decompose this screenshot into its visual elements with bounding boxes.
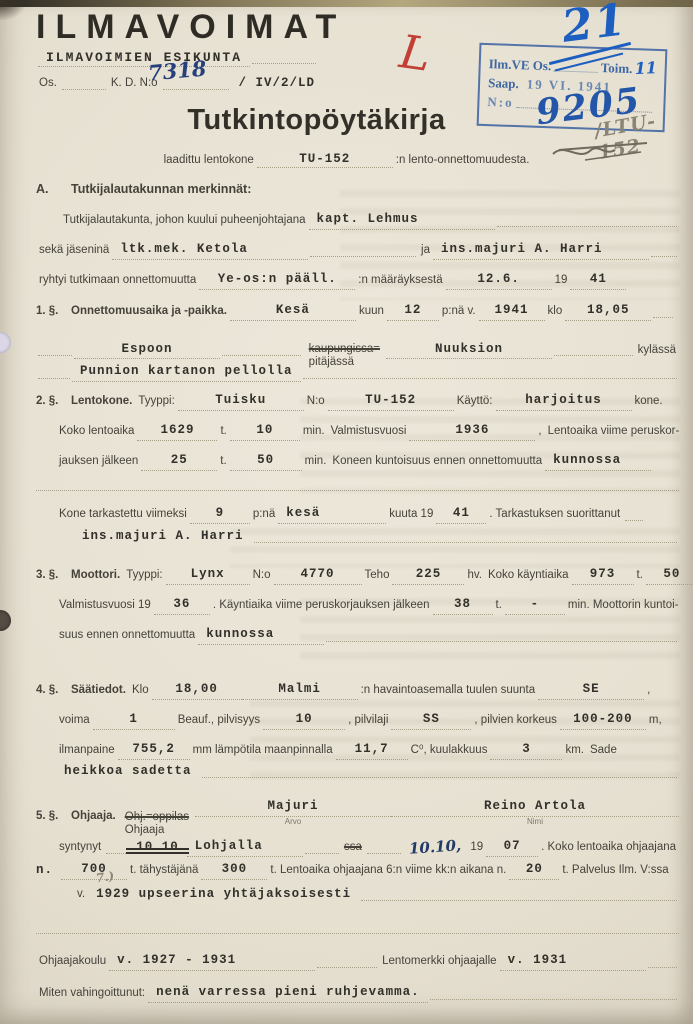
flight-mins-entry: 10: [230, 423, 300, 441]
dotted-line: [653, 315, 673, 318]
unit-name: ILMAVOIMIEN ESIKUNTA: [38, 50, 250, 67]
label: :n havaintoasemalla tuulen suunta: [361, 683, 536, 699]
section-a-heading: A. Tutkijalautakunnan merkinnät:: [36, 182, 679, 200]
school-label: Ohjaajakoulu: [39, 954, 106, 970]
aircraft-type-entry: Tuisku: [178, 393, 304, 411]
section-5-title: Ohjaaja.: [71, 809, 116, 825]
struck-city-word: kaupungissa=: [309, 343, 380, 356]
label: N:o: [253, 568, 271, 584]
accident-place-line: Espoon kaupungissa= pitäjässä Nuuksion k…: [36, 333, 679, 359]
aircraft-line-2: Koko lentoaika 1629 t. 10 min. Valmistus…: [56, 423, 679, 441]
name-sublabel: Nimi: [527, 818, 543, 826]
role-alternatives: Ohj.=oppilas Ohjaaja: [125, 811, 189, 837]
label: ,: [538, 424, 541, 440]
born-label: syntynyt: [59, 840, 101, 856]
dotted-line: [497, 224, 677, 227]
dotted-line: [554, 353, 633, 356]
overhaul-hours-entry: 25: [141, 453, 217, 471]
struck-birth-date: 10.10: [128, 840, 187, 857]
cloud-cover-entry: 10: [263, 712, 345, 730]
engine-no-entry: 4770: [274, 567, 362, 585]
place-entry: Punnion kartanon pellolla: [72, 364, 301, 382]
overhaul-mins-entry: 50: [230, 453, 302, 471]
dotted-line: [106, 851, 126, 854]
wind-dir-entry: SE: [538, 682, 644, 700]
dotted-line: [38, 353, 72, 356]
role-word: Ohjaaja: [125, 824, 165, 837]
pencil-signature: [545, 136, 655, 168]
birthplace-entry: Lohjalla: [187, 839, 303, 857]
label: N:o: [307, 394, 325, 410]
label: Teho: [365, 568, 390, 584]
section-number: 4. §.: [36, 683, 68, 699]
section-a-title: Tutkijalautakunnan merkinnät:: [71, 182, 251, 200]
label: jauksen jälkeen: [59, 454, 138, 470]
label: Beauf., pilvisyys: [178, 713, 260, 729]
station-entry: Malmi: [242, 682, 358, 700]
label: Koneen kuntoisuus ennen onnettomuutta: [332, 454, 542, 470]
chairman-entry: kapt. Lehmus: [309, 212, 495, 230]
bleedthrough-ghost: [300, 398, 680, 493]
section-number: 3. §.: [36, 568, 68, 584]
school-line: Ohjaajakoulu v. 1927 - 1931 Lentomerkki …: [36, 953, 679, 971]
accident-detail-line: Punnion kartanon pellolla: [36, 364, 679, 382]
observer-hours-entry: 300: [201, 862, 267, 880]
order-date-entry: 12.6.: [446, 272, 552, 290]
inspection-day-entry: 9: [190, 506, 250, 524]
punch-hole-bottom: [0, 610, 11, 631]
rank-entry: Majuri: [195, 799, 391, 817]
order-year-entry: 41: [570, 272, 626, 290]
aircraft-line-1: 2. §. Lentokone. Tyyppi: Tuisku N:o TU-1…: [36, 393, 679, 411]
dotted-line: [310, 254, 416, 257]
label: kone.: [635, 394, 663, 410]
visibility-entry: 3: [490, 742, 562, 760]
section-3-title: Moottori.: [71, 568, 120, 584]
corner-shadow: [0, 0, 26, 20]
label: suus ennen onnettomuutta: [59, 628, 195, 644]
pilot-hours-entry: 700: [61, 862, 127, 880]
os-label: Os.: [39, 76, 57, 92]
order-entry: Ye-os:n pääll.: [199, 272, 355, 290]
aircraft-use-entry: harjoitus: [496, 393, 632, 411]
dotted-line: [361, 898, 677, 901]
dotted-line: [222, 353, 301, 356]
engine-line-2: Valmistusvuosi 19 36 . Käyntiaika viime …: [56, 597, 679, 615]
inspection-month-entry: kesä: [278, 506, 386, 524]
label: Käyttö:: [457, 394, 493, 410]
section-4-title: Säätiedot.: [71, 683, 126, 699]
section-1-title: Onnettomuusaika ja -paikka.: [71, 304, 227, 320]
condition-entry: kunnossa: [545, 453, 651, 471]
approx-label: n.: [36, 863, 61, 880]
engine-year-entry: 36: [154, 597, 210, 615]
label: . Tarkastuksen suorittanut: [489, 507, 620, 523]
label: min.: [305, 454, 327, 470]
rain-entry: heikkoa sadetta: [56, 764, 200, 781]
subtitle-pre: laadittu lentokone: [164, 154, 254, 168]
badge-label: Lentomerkki ohjaajalle: [382, 954, 496, 970]
service-entry: 1929 upseerina yhtäjaksoisesti: [88, 887, 359, 904]
aircraft-line-3: jauksen jälkeen 25 t. 50 min. Koneen kun…: [56, 453, 679, 471]
year-prefix: 19: [555, 273, 568, 289]
temperature-entry: 11,7: [336, 742, 408, 760]
label: t. Palvelus Ilm. V:ssa: [562, 863, 668, 879]
scanned-document-page: ILMAVOIMAT ILMAVOIMIEN ESIKUNTA Os. K. D…: [0, 0, 693, 1024]
label: Sade: [590, 743, 617, 759]
rank-field: Majuri Arvo: [195, 799, 391, 826]
injury-label: Miten vahingoittunut:: [39, 986, 145, 1002]
label: p:nä: [253, 507, 275, 523]
dotted-line: [163, 87, 229, 90]
kdn-suffix: / IV/2/LD: [231, 76, 324, 93]
inspection-year-entry: 41: [436, 506, 486, 524]
aircraft-no-entry: TU-152: [328, 393, 454, 411]
label: mm lämpötila maanpinnalla: [193, 743, 333, 759]
pilot-name-entry: Reino Artola: [391, 799, 679, 817]
label: hv.: [467, 568, 482, 584]
cloud-height-entry: 100-200: [560, 712, 646, 730]
label: klo: [548, 304, 563, 320]
obs-time-entry: 18,00: [152, 682, 242, 700]
handwritten-diary-number: 7318: [147, 56, 207, 86]
inspector-entry: ins.majuri A. Harri: [74, 529, 252, 546]
precipitation-line: heikkoa sadetta: [56, 764, 679, 781]
dotted-line: [430, 997, 677, 1000]
parish-entry: Nuuksion: [386, 342, 552, 360]
village-label: kylässä: [638, 343, 676, 359]
month-entry: Kesä: [230, 303, 356, 321]
label: t.: [496, 598, 502, 614]
year-entry: 1941: [479, 303, 545, 321]
label: ja: [421, 243, 430, 259]
dotted-line: [305, 851, 339, 854]
dotted-line: [62, 87, 106, 90]
wind-force-entry: 1: [93, 712, 175, 730]
rank-sublabel: Arvo: [285, 818, 301, 826]
build-year-entry: 1936: [409, 423, 535, 441]
label: , pilvilaji: [348, 713, 388, 729]
punch-hole-top: [0, 332, 11, 353]
org-title: ILMAVOIMAT: [36, 8, 346, 47]
accident-time-line: 1. §. Onnettomuusaika ja -paikka. Kesä k…: [36, 303, 679, 321]
engine-line-1: 3. §. Moottori. Tyyppi: Lynx N:o 4770 Te…: [36, 567, 679, 585]
label: sekä jäseninä: [39, 243, 109, 259]
label: :n määräyksestä: [358, 273, 442, 289]
section-number: 2. §.: [36, 394, 68, 410]
v-label: v.: [77, 887, 85, 903]
stamp-saap-label: Saap.: [488, 75, 519, 92]
blank-dotted-line: [36, 490, 679, 491]
injury-line: Miten vahingoittunut: nenä varressa pien…: [36, 985, 679, 1003]
time-entry: 18,05: [565, 303, 651, 321]
dotted-line: [625, 518, 643, 521]
section-letter: A.: [36, 182, 68, 200]
label: ilmanpaine: [59, 743, 115, 759]
label: ryhtyi tutkimaan onnettomuutta: [39, 273, 196, 289]
blank-dotted-line: [36, 933, 679, 934]
engine-type-entry: Lynx: [166, 567, 250, 585]
label: Klo: [132, 683, 149, 699]
section-number: 1. §.: [36, 304, 68, 320]
engine-hours-entry: 973: [572, 567, 634, 585]
injury-entry: nenä varressa pieni ruhjevamma.: [148, 985, 428, 1003]
pilot-line-4: v. 1929 upseerina yhtäjaksoisesti: [74, 887, 679, 904]
stamp-no-label: N:o: [487, 94, 514, 111]
cloud-type-entry: SS: [391, 712, 471, 730]
year-prefix: 19: [470, 840, 483, 856]
pressure-entry: 755,2: [118, 742, 190, 760]
label: Kone tarkastettu viimeksi: [59, 507, 187, 523]
label: t.: [220, 454, 226, 470]
dotted-line: [651, 254, 677, 257]
label: min. Moottorin kuntoi-: [568, 598, 679, 614]
label: Tyyppi:: [138, 394, 174, 410]
committee-line-2: sekä jäseninä ltk.mek. Ketola ja ins.maj…: [36, 242, 679, 260]
label: Koko lentoaika: [59, 424, 134, 440]
dotted-line: [202, 775, 677, 778]
committee-line-1: Tutkijalautakunta, johon kuului puheenjo…: [60, 212, 679, 230]
dotted-line: [317, 965, 377, 968]
stamp-toim-label: Toim.: [600, 60, 632, 77]
weather-line-3: ilmanpaine 755,2 mm lämpötila maanpinnal…: [56, 742, 679, 760]
school-entry: v. 1927 - 1931: [109, 953, 315, 971]
dotted-line: [326, 639, 677, 642]
label: , pilvien korkeus: [474, 713, 556, 729]
pencil-annotation: 7.): [95, 869, 115, 885]
label: km.: [565, 743, 584, 759]
label: kuun: [359, 304, 384, 320]
stamp-handwritten-number: 11: [634, 58, 657, 78]
label: C⁰, kuulakkuus: [411, 743, 488, 759]
engine-mins-entry: 50: [646, 567, 693, 585]
label: kuuta 19: [389, 507, 433, 523]
birth-year-entry: 07: [486, 839, 538, 857]
label: m,: [649, 713, 662, 729]
name-field: Reino Artola Nimi: [391, 799, 679, 826]
label: voima: [59, 713, 90, 729]
engine-line-3: suus ennen onnettomuutta kunnossa: [56, 627, 679, 645]
flight-hours-entry: 1629: [137, 423, 217, 441]
member2-entry: ins.majuri A. Harri: [433, 242, 649, 260]
label: min.: [303, 424, 325, 440]
label: . Koko lentoaika ohjaajana: [541, 840, 676, 856]
kdn-line: Os. K. D. N:o / IV/2/LD: [36, 76, 433, 93]
label: Valmistusvuosi 19: [59, 598, 151, 614]
struck-ssa-suffix: ssa: [344, 840, 362, 856]
section-2-title: Lentokone.: [71, 394, 132, 410]
label: t. Lentoaika ohjaajana 6:n viime kk:n ai…: [270, 863, 506, 879]
day-entry: 12: [387, 303, 439, 321]
label: Valmistusvuosi: [331, 424, 407, 440]
red-ink-mark: L: [396, 24, 434, 82]
dotted-line: [38, 376, 70, 379]
label: . Käyntiaika viime peruskorjauksen jälke…: [213, 598, 430, 614]
pilot-line-1: 5. §. Ohjaaja. Ohj.=oppilas Ohjaaja Maju…: [36, 799, 679, 826]
committee-line-3: ryhtyi tutkimaan onnettomuutta Ye-os:n p…: [36, 272, 679, 290]
label: Tyyppi:: [126, 568, 162, 584]
label: t.: [220, 424, 226, 440]
label: t.: [637, 568, 643, 584]
dotted-line: [303, 376, 677, 379]
inspector-line: ins.majuri A. Harri: [74, 529, 679, 546]
engine-condition-entry: kunnossa: [198, 627, 324, 645]
weather-line-1: 4. §. Säätiedot. Klo 18,00 Malmi :n hava…: [36, 682, 679, 700]
pilot-line-2: syntynyt 10.10 Lohjalla ssa 10.10, 19 07…: [56, 838, 679, 857]
pilot-line-3: n. 700 t. tähystäjänä 300 t. Lentoaika o…: [36, 862, 679, 880]
label: ,: [647, 683, 650, 699]
badge-entry: v. 1931: [500, 953, 646, 971]
dotted-line: [254, 540, 677, 543]
subtitle-post: :n lento-onnettomuudesta.: [396, 154, 530, 168]
label: Tutkijalautakunta, johon kuului puheenjo…: [63, 213, 306, 229]
city-entry: Espoon: [74, 342, 220, 360]
label: p:nä v.: [442, 304, 476, 320]
dotted-line: [252, 61, 316, 64]
recent-hours-entry: 20: [509, 862, 559, 880]
inspection-line: Kone tarkastettu viimeksi 9 p:nä kesä ku…: [56, 506, 679, 524]
stamp-office-label: Ilm.VE Os.: [488, 56, 551, 74]
engine-power-entry: 225: [392, 567, 464, 585]
engine-oh-mins-entry: -: [505, 597, 565, 615]
member1-entry: ltk.mek. Ketola: [112, 242, 308, 260]
handwritten-birth-date: 10.10,: [403, 836, 468, 859]
label: t. tähystäjänä: [130, 863, 198, 879]
struck-role: Ohj.=oppilas: [125, 811, 189, 824]
dotted-line: [648, 965, 677, 968]
label: Lentoaika viime peruskor-: [548, 424, 680, 440]
engine-oh-hours-entry: 38: [433, 597, 493, 615]
label: Koko käyntiaika: [488, 568, 569, 584]
weather-line-2: voima 1 Beauf., pilvisyys 10 , pilvilaji…: [56, 712, 679, 730]
aircraft-id-entry: TU-152: [257, 152, 393, 168]
dotted-line: [367, 851, 401, 854]
section-number: 5. §.: [36, 809, 68, 825]
